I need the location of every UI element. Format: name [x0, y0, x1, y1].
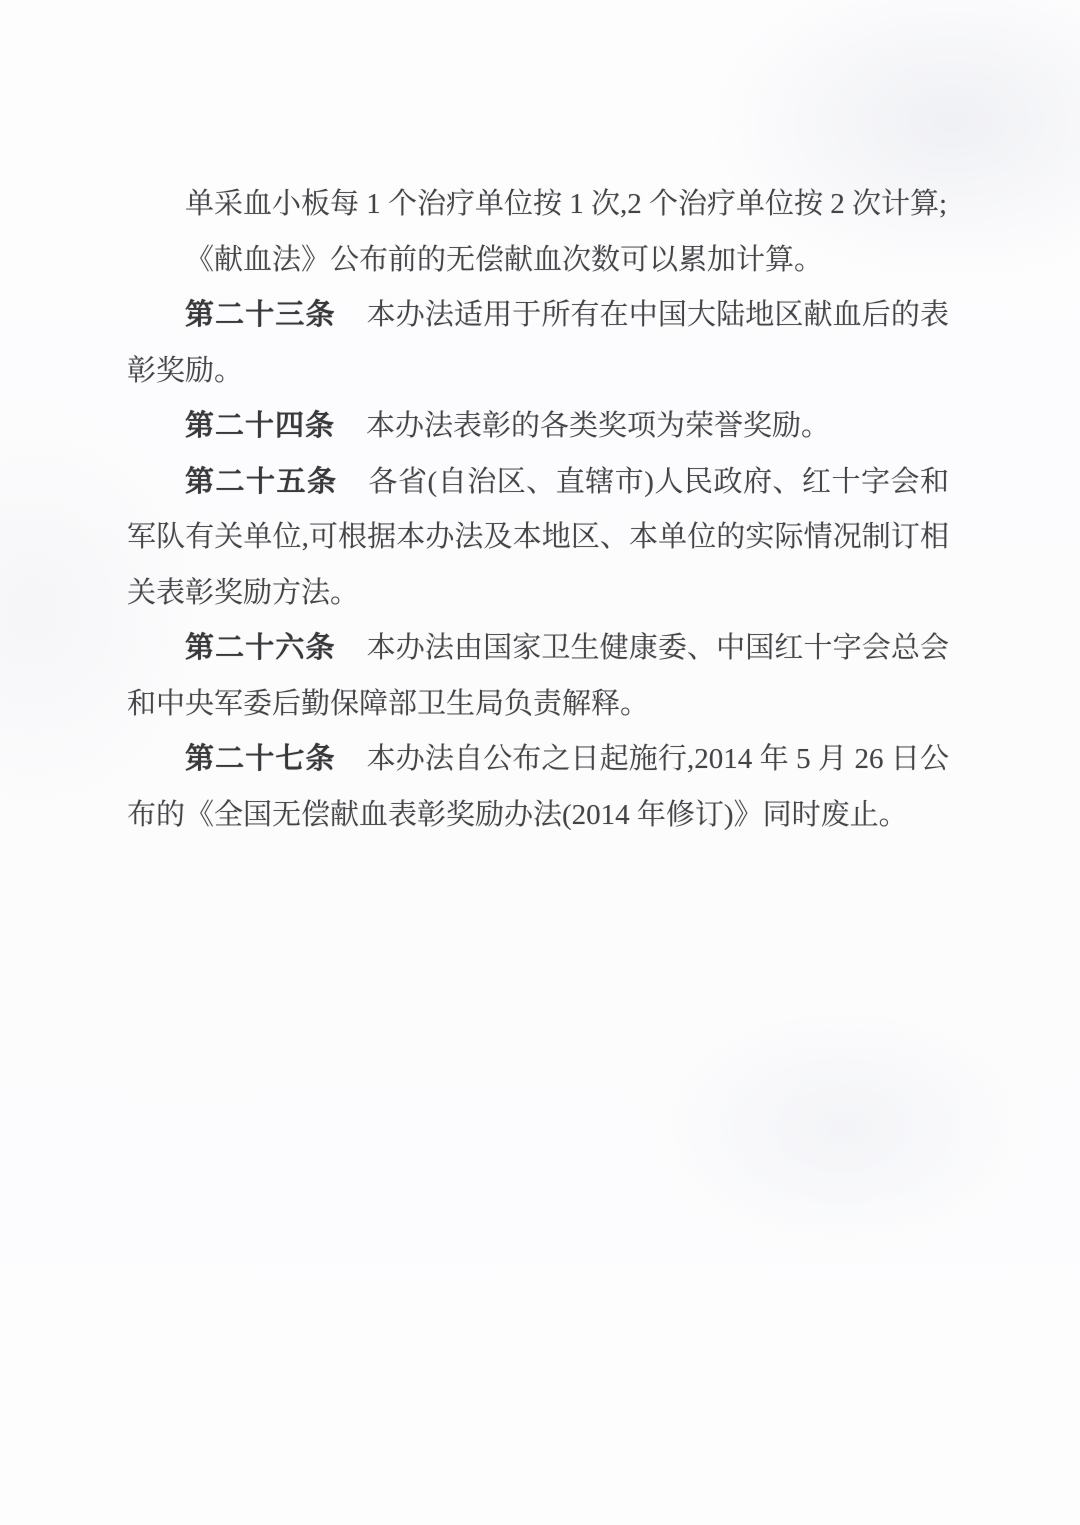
paragraph-pre-law-counting: 《献血法》公布前的无偿献血次数可以累加计算。 — [127, 233, 949, 289]
paragraph-text: 本办法表彰的各类奖项为荣誉奖励。 — [366, 410, 830, 442]
scanned-document-page: 单采血小板每 1 个治疗单位按 1 次,2 个治疗单位按 2 次计算; 《献血法… — [0, 0, 1080, 1525]
article-number-27: 第二十七条 — [185, 743, 336, 775]
paragraph-article-23: 第二十三条本办法适用于所有在中国大陆地区献血后的表彰奖励。 — [127, 288, 949, 399]
document-text-block: 单采血小板每 1 个治疗单位按 1 次,2 个治疗单位按 2 次计算; 《献血法… — [127, 177, 949, 843]
article-number-26: 第二十六条 — [185, 632, 336, 664]
article-number-24: 第二十四条 — [185, 410, 335, 442]
paragraph-platelet-counting: 单采血小板每 1 个治疗单位按 1 次,2 个治疗单位按 2 次计算; — [127, 177, 949, 233]
paragraph-article-27: 第二十七条本办法自公布之日起施行,2014 年 5 月 26 日公布的《全国无偿… — [127, 732, 949, 843]
article-number-23: 第二十三条 — [185, 299, 336, 331]
paragraph-article-26: 第二十六条本办法由国家卫生健康委、中国红十字会总会和中央军委后勤保障部卫生局负责… — [127, 621, 949, 732]
article-number-25: 第二十五条 — [185, 466, 338, 498]
paragraph-article-24: 第二十四条本办法表彰的各类奖项为荣誉奖励。 — [127, 399, 949, 455]
paragraph-text: 单采血小板每 1 个治疗单位按 1 次,2 个治疗单位按 2 次计算; — [185, 188, 947, 220]
paragraph-article-25: 第二十五条各省(自治区、直辖市)人民政府、红十字会和军队有关单位,可根据本办法及… — [127, 455, 949, 622]
paragraph-text: 《献血法》公布前的无偿献血次数可以累加计算。 — [185, 244, 823, 276]
